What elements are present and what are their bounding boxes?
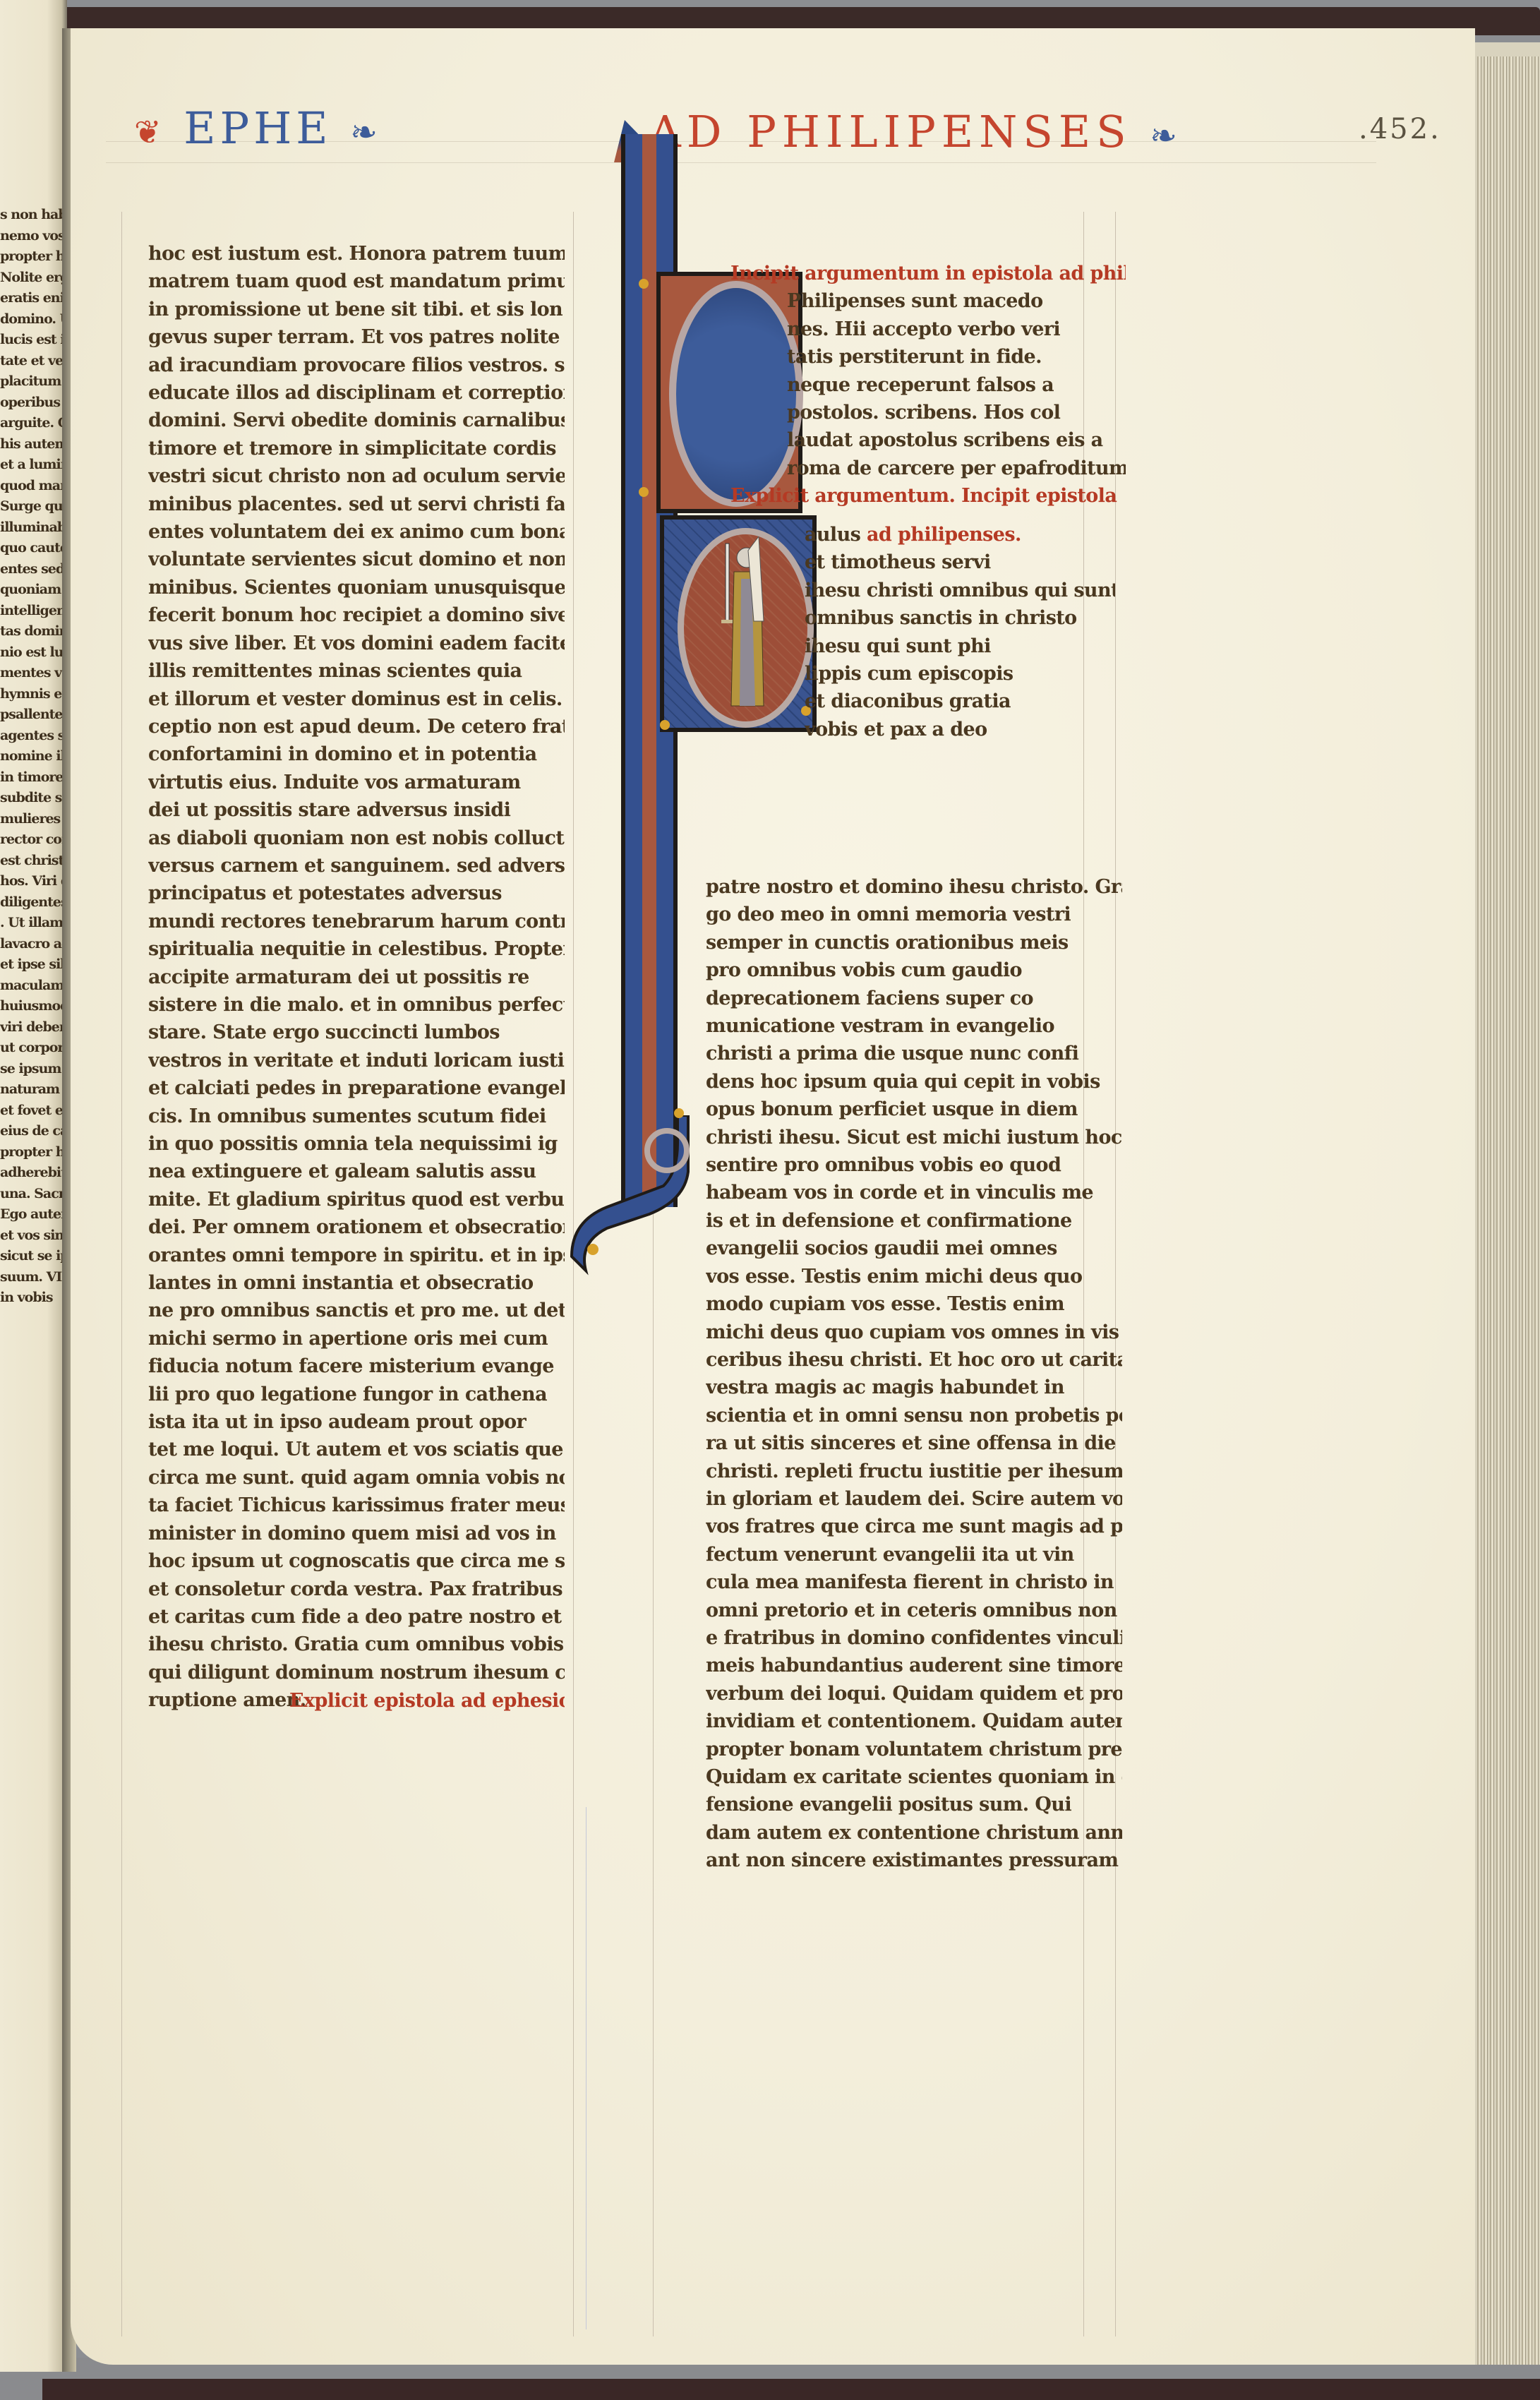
facing-text-line: se ipsum diligit [0,1059,62,1080]
facing-text-line: operibus infructuosis [0,392,62,414]
facing-text-line: mulieres sicut [0,809,62,830]
text-line: in promissione ut bene sit tibi. et sis … [148,296,565,323]
facing-text-line: in vobis [0,1288,62,1309]
text-line: fectum venerunt evangelii ita ut vin [706,1541,1122,1568]
text-line: roma de carcere per epafroditum. [787,455,1126,482]
argument-rubric: Incipit argumentum in epistola ad philip… [730,260,1126,287]
text-line: vus sive liber. Et vos domini eadem faci… [148,630,565,657]
text-line: christi a prima die usque nunc confi [706,1040,1122,1067]
book-cover-bottom [42,2379,1540,2400]
text-line: vobis et pax a deo [805,716,1115,743]
facing-text-line: placitum deo. Et [0,371,62,392]
text-line: gevus super terram. Et vos patres nolite [148,323,565,351]
text-line: hoc est iustum est. Honora patrem tuum e… [148,240,565,268]
facing-text-line: arguite. Que [0,413,62,434]
text-line: minibus. Scientes quoniam unusquisque qu… [148,574,565,601]
text-line: ra ut sitis sinceres et sine offensa in … [706,1429,1122,1457]
facing-text-line: et a lumine [0,455,62,476]
text-line: dei. Per omnem orationem et obsecratione… [148,1213,565,1241]
text-line: invidiam et contentionem. Quidam autem e… [706,1708,1122,1735]
facing-text-line: est christus. Ita [0,851,62,872]
text-line: e fratribus in domino confidentes vincul… [706,1624,1122,1652]
text-line: stare. State ergo succincti lumbos [148,1019,565,1046]
text-line: cula mea manifesta fierent in christo in [706,1568,1122,1596]
text-line: pro omnibus vobis cum gaudio [706,956,1122,984]
text-line: Philipenses sunt macedo [787,287,1126,315]
facing-text-line: his autem que in [0,434,62,455]
flourish-icon: ❧ [350,113,382,151]
facing-text-line: sicut se ipsum diligat [0,1246,62,1267]
flourish-icon: ❦ [134,113,166,151]
facing-text-line: . Ut illam sanctificaret [0,913,62,934]
text-line: et calciati pedes in preparatione evange… [148,1074,565,1102]
text-line: michi sermo in apertione oris mei cum [148,1325,565,1352]
text-line: ihesu christi omnibus qui sunt [805,577,1115,604]
facing-text-line: suum. VI [0,1267,62,1288]
text-line: meis habundantius auderent sine timore [706,1652,1122,1679]
folio-number: .452. [1359,113,1441,145]
epistle-text-column: patre nostro et domino ihesu christo. Gr… [706,873,1122,1875]
text-line: in gloriam et laudem dei. Scire autem vo… [706,1485,1122,1513]
facing-text-line: viri debent [0,1017,62,1038]
text-line: dei ut possitis stare adversus insidi [148,796,565,824]
text-line: modo cupiam vos esse. Testis enim [706,1290,1122,1318]
facing-text-line: et fovet eam [0,1100,62,1122]
gold-dot [660,720,670,730]
text-line: illis remittentes minas scientes quia [148,657,565,685]
text-line: minister in domino quem misi ad vos in [148,1520,565,1547]
text-line: mite. Et gladium spiritus quod est verbu… [148,1186,565,1213]
text-line: go deo meo in omni memoria vestri [706,901,1122,928]
facing-text-line: lucis est in omni bo [0,330,62,351]
text-line: circa me sunt. quid agam omnia vobis no [148,1464,565,1492]
facing-text-line: diligentes [0,892,62,913]
text-line: entes voluntatem dei ex animo cum bona [148,518,565,546]
facing-text-line: eratis enim aliquando te [0,288,62,309]
text-line: lii pro quo legatione fungor in cathena [148,1381,565,1408]
text-line: virtutis eius. Induite vos armaturam [148,769,565,796]
text-line: tet me loqui. Ut autem et vos sciatis qu… [148,1436,565,1463]
running-header-right: AD PHILIPENSES ❧ [649,106,1181,191]
text-line: lantes in omni instantia et obsecratio [148,1269,565,1297]
explicit-rubric: Explicit argumentum. Incipit epistola [730,482,1126,510]
facing-text-line: nemo vos seducat [0,226,62,247]
facing-text-line: intelligentes [0,601,62,622]
facing-text-line: hymnis et canticis [0,684,62,705]
left-text-column: hoc est iustum est. Honora patrem tuum e… [148,240,565,1715]
epistle-opening-column: aulus ad philipenses. et timotheus servi… [805,521,1115,743]
facing-text-line: tas domini. Et [0,621,62,642]
text-line: ista ita ut in ipso audeam prout opor [148,1408,565,1436]
text-line: deprecationem faciens super co [706,985,1122,1012]
text-line: confortamini in domino et in potentia [148,740,565,768]
text-line: matrem tuam quod est mandatum primum [148,268,565,295]
text-line: orantes omni tempore in spiritu. et in i… [148,1242,565,1269]
gold-dot [639,487,649,497]
text-line: sistere in die malo. et in omnibus perfe… [148,991,565,1019]
text-line: neque receperunt falsos a [787,371,1126,399]
facing-text-line: adherebit uxori [0,1163,62,1184]
text-line: fecerit bonum hoc recipiet a domino sive… [148,601,565,629]
text-line: omni pretorio et in ceteris omnibus non … [706,1597,1122,1624]
text-line: voluntate servientes sicut domino et non… [148,546,565,573]
text-line: nes. Hii accepto verbo veri [787,316,1126,343]
text-line: nea extinguere et galeam salutis assu [148,1158,565,1185]
text-line: vestri sicut christo non ad oculum servi… [148,462,565,490]
gold-dot [674,1108,684,1118]
text-line: evangelii socios gaudii mei omnes [706,1235,1122,1262]
text-line: accipite armaturam dei ut possitis re [148,964,565,991]
text-line: ihesu qui sunt phi [805,632,1115,660]
text-line: verbum dei loqui. Quidam quidem et propt… [706,1680,1122,1708]
text-line: domini. Servi obedite dominis carnalibus… [148,407,565,434]
text-line: mundi rectores tenebrarum harum contra [148,908,565,935]
text-line: dens hoc ipsum quia qui cepit in vobis [706,1068,1122,1096]
text-line: omnibus sanctis in christo [805,604,1115,632]
facing-text-line: nio est luxuria [0,642,62,664]
text-line: ceribus ihesu christi. Et hoc oro ut car… [706,1346,1122,1374]
facing-text-line: entes sed quasi [0,559,62,580]
text-line: scientia et in omni sensu non probetis p… [706,1402,1122,1429]
text-line: hoc ipsum ut cognoscatis que circa me su… [148,1547,565,1575]
text-line: habeam vos in corde et in vinculis me [706,1179,1122,1206]
facing-text-line: Ego autem dico [0,1204,62,1225]
facing-text-line: agentes semper [0,726,62,747]
text-line: Quidam ex caritate scientes quoniam in d… [706,1763,1122,1791]
text-line: ad iracundiam provocare filios vestros. … [148,352,565,379]
argument-text: Philipenses sunt macedones. Hii accepto … [730,287,1126,482]
facing-text-line: in timore christi [0,767,62,788]
gold-dot [639,279,649,289]
running-header-right-text: AD PHILIPENSES [649,106,1132,157]
text-line: opus bonum perficiet usque in diem [706,1096,1122,1123]
text-line: vestros in veritate et induti loricam iu… [148,1047,565,1074]
facing-text-line: tate et veritate [0,351,62,372]
text-line: spiritualia nequitie in celestibus. Prop… [148,935,565,963]
text-line: cis. In omnibus sumentes scutum fidei [148,1103,565,1130]
facing-text-line: Nolite ergo effici [0,268,62,289]
text-line: et diaconibus gratia [805,688,1115,715]
text-line: et consoletur corda vestra. Pax fratribu… [148,1576,565,1603]
text-line: as diaboli quoniam non est nobis colluct… [148,824,565,852]
facing-text-line: nomine ihesu christi [0,746,62,767]
running-header-left-text: EPHE [184,102,332,154]
facing-text-line: quoniam dies mali [0,580,62,601]
running-header-left: ❦ EPHE ❧ [134,102,382,187]
facing-text-line: propter hoc relinquet [0,1142,62,1163]
text-line: is et in defensione et confirmatione [706,1207,1122,1235]
facing-text-line: maculam aut [0,976,62,997]
text-line: versus carnem et sanguinem. sed adversus [148,852,565,880]
initial-tail-flourish [565,1115,692,1278]
text-line: ta faciet Tichicus karissimus frater meu… [148,1492,565,1519]
facing-text-line: rector corporis [0,829,62,851]
facing-text-line: Surge qui dormis [0,496,62,517]
epistle-heading: aulus ad philipenses. [805,521,1115,548]
ruling-line [121,212,122,2336]
text-line: ceptio non est apud deum. De cetero frat… [148,713,565,740]
text-line: qui diligunt dominum nostrum ihesum chri… [148,1659,565,1686]
text-line: et caritas cum fide a deo patre nostro e… [148,1603,565,1631]
text-line: in quo possitis omnia tela nequissimi ig [148,1130,565,1158]
facing-text-line: hos. Viri diligite [0,871,62,892]
text-line: lippis cum episcopis [805,660,1115,688]
facing-text-line: et vos singuli [0,1225,62,1247]
facing-text-line: mentes vobis [0,663,62,684]
text-line: principatus et potestates adversus [148,880,565,907]
text-line: michi deus quo cupiam vos omnes in vis [706,1319,1122,1346]
text-line: vestra magis ac magis habundet in [706,1374,1122,1401]
saint-paul-figure-icon [720,536,769,713]
facing-text-line: propter hec enim venit ira dei [0,246,62,268]
text-line: timore et tremore in simplicitate cordis [148,435,565,462]
right-text-column-argument: Incipit argumentum in epistola ad philip… [730,260,1126,510]
facing-text-line: psallentes in cordibus [0,704,62,726]
page-edges [1475,56,1540,2365]
text-line: sentire pro omnibus vobis eo quod [706,1151,1122,1179]
flourish-icon: ❧ [1150,116,1181,155]
facing-text-line: una. Sacramentum [0,1184,62,1205]
text-line: fensione evangelii positus sum. Qui [706,1791,1122,1818]
text-line: municatione vestram in evangelio [706,1012,1122,1040]
text-line: ne pro omnibus sanctis et pro me. ut det… [148,1297,565,1324]
text-line: vos fratres que circa me sunt magis ad p… [706,1513,1122,1540]
facing-text-line: illuminabit te [0,517,62,539]
text-line: minibus placentes. sed ut servi christi … [148,491,565,518]
epistle-text-beside-initial: et timotheus serviihesu christi omnibus … [805,548,1115,743]
text-line: propter bonam voluntatem christum predic… [706,1736,1122,1763]
text-line: laudat apostolus scribens eis a [787,426,1126,454]
facing-text-line: domino. Ut filii lucis [0,309,62,330]
text-line: vos esse. Testis enim michi deus quo [706,1263,1122,1290]
text-line: et illorum et vester dominus est in celi… [148,685,565,713]
facing-text-line: huiusmodi. sed ut [0,996,62,1017]
text-line: semper in cunctis orationibus meis [706,929,1122,956]
facing-text-line: naturam odio habuit [0,1079,62,1100]
text-line: ihesu christo. Gratia cum omnibus vobis [148,1631,565,1658]
text-line: dam autem ex contentione christum annunt… [706,1819,1122,1847]
text-line: christi ihesu. Sicut est michi iustum ho… [706,1124,1122,1151]
facing-text-line: subdite sint viris [0,788,62,809]
facing-text-line: et ipse sibi gloriosam [0,954,62,976]
text-line: postolos. scribens. Hos col [787,399,1126,426]
text-line: patre nostro et domino ihesu christo. Gr… [706,873,1122,901]
text-line: educate illos ad disciplinam et correpti… [148,379,565,407]
text-line: tatis perstiterunt in fide. [787,343,1126,371]
facing-text-line: ut corpora sua [0,1038,62,1059]
facing-text-line: lavacro aque [0,934,62,955]
facing-text-line: s non habet hereditatem [0,205,62,226]
text-line: christi. repleti fructu iustitie per ihe… [706,1458,1122,1485]
facing-page-text: s non habet hereditatemnemo vos seducatp… [0,205,62,1828]
text-line: fiducia notum facere misterium evange [148,1352,565,1380]
facing-text-line: quod manifestatur [0,476,62,497]
text-line: et timotheus servi [805,548,1115,576]
text-line: ant non sincere existimantes pressuram [706,1847,1122,1874]
ruling-line [586,1807,586,2329]
facing-text-line: quo caute ambu [0,538,62,559]
facing-text-line: eius de carne [0,1121,62,1142]
